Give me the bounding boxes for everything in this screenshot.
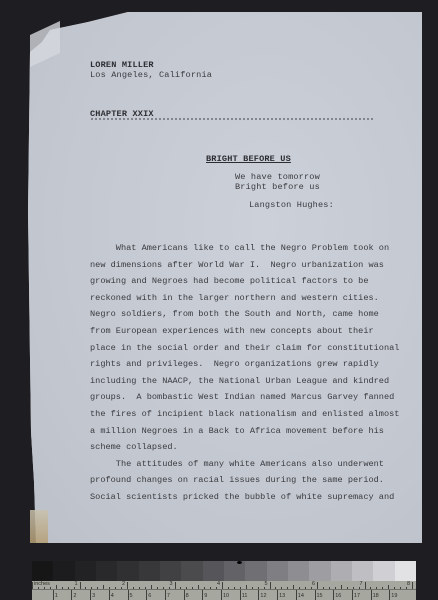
paper-stain: [30, 510, 48, 543]
inch-tick: [74, 587, 75, 589]
cm-label: 9: [204, 593, 207, 599]
inch-tick: [270, 582, 271, 589]
inch-tick: [299, 587, 300, 589]
inch-tick: [109, 587, 110, 589]
body-line: place in the social order and their clai…: [90, 340, 390, 357]
inch-tick: [127, 582, 128, 589]
inch-tick: [311, 587, 312, 589]
inch-label: 7: [360, 581, 363, 587]
inch-tick: [62, 587, 63, 589]
inch-label: 6: [312, 581, 315, 587]
inch-tick: [287, 587, 288, 589]
cm-tick: [90, 590, 91, 600]
inch-tick: [198, 585, 199, 589]
inch-tick: [264, 587, 265, 589]
ruler-unit-label: inches: [34, 581, 50, 587]
color-scale-target: inches 12345678 123456789101112131415161…: [32, 561, 416, 600]
cm-label: 15: [317, 593, 323, 599]
gray-patch: [352, 561, 373, 581]
body-line: profound changes on racial issues during…: [90, 472, 390, 489]
cm-label: 1: [55, 593, 58, 599]
gray-patch: [245, 561, 266, 581]
cm-tick: [184, 590, 185, 600]
inch-tick: [370, 587, 371, 589]
inch-tick: [169, 587, 170, 589]
inch-tick: [121, 587, 122, 589]
inch-tick: [335, 587, 336, 589]
inch-label: 1: [75, 581, 78, 587]
cm-tick: [371, 590, 372, 600]
inch-tick: [216, 587, 217, 589]
cm-label: 4: [111, 593, 114, 599]
cm-label: 10: [223, 593, 229, 599]
inch-tick: [317, 582, 318, 589]
inch-scale: inches 12345678: [32, 581, 416, 590]
inch-tick: [412, 582, 413, 589]
inch-tick: [97, 587, 98, 589]
scale-marker: [237, 561, 242, 564]
inch-tick: [68, 587, 69, 589]
inch-tick: [359, 587, 360, 589]
gray-patch: [53, 561, 74, 581]
gray-patch: [331, 561, 352, 581]
inch-tick: [80, 582, 81, 589]
inch-tick: [32, 582, 33, 589]
body-line: scheme collapsed.: [90, 439, 390, 456]
body-line: rights and privileges. Negro organizatio…: [90, 356, 390, 373]
cm-tick: [53, 590, 54, 600]
cm-tick: [277, 590, 278, 600]
body-line: Social scientists pricked the bubble of …: [90, 489, 390, 506]
inch-label: 3: [170, 581, 173, 587]
gray-patch: [288, 561, 309, 581]
epigraph-line-2: Bright before us: [235, 182, 320, 193]
cm-label: 16: [335, 593, 341, 599]
cm-tick: [221, 590, 222, 600]
inch-tick: [103, 585, 104, 589]
inch-tick: [151, 585, 152, 589]
inch-tick: [281, 587, 282, 589]
inch-tick: [252, 587, 253, 589]
cm-tick: [315, 590, 316, 600]
inch-tick: [210, 587, 211, 589]
cm-tick: [240, 590, 241, 600]
cm-tick: [258, 590, 259, 600]
cm-tick: [165, 590, 166, 600]
cm-label: 13: [279, 593, 285, 599]
body-line: reckoned with in the larger northern and…: [90, 290, 390, 307]
inch-tick: [56, 585, 57, 589]
gray-patch: [395, 561, 416, 581]
inch-tick: [192, 587, 193, 589]
cm-label: 3: [92, 593, 95, 599]
inch-tick: [394, 587, 395, 589]
inch-tick: [85, 587, 86, 589]
inch-tick: [365, 582, 366, 589]
inch-label: 5: [265, 581, 268, 587]
gray-patch: [267, 561, 288, 581]
cm-tick: [333, 590, 334, 600]
cm-label: 14: [298, 593, 304, 599]
inch-tick: [329, 587, 330, 589]
inch-tick: [382, 587, 383, 589]
inch-tick: [38, 587, 39, 589]
inch-tick: [145, 587, 146, 589]
inch-tick: [406, 587, 407, 589]
inch-tick: [246, 585, 247, 589]
gray-patch: [309, 561, 330, 581]
gray-patch: [373, 561, 394, 581]
body-line: groups. A bombastic West Indian named Ma…: [90, 389, 390, 406]
inch-tick: [234, 587, 235, 589]
body-line: growing and Negroes had become political…: [90, 273, 390, 290]
chapter-title: BRIGHT BEFORE US: [206, 154, 291, 165]
inch-tick: [44, 587, 45, 589]
inch-tick: [115, 587, 116, 589]
inch-tick: [400, 587, 401, 589]
gray-patch: [224, 561, 245, 581]
body-line: the fires of incipient black nationalism…: [90, 406, 390, 423]
gray-patch: [96, 561, 117, 581]
cm-label: 12: [260, 593, 266, 599]
inch-label: 8: [407, 581, 410, 587]
inch-tick: [175, 582, 176, 589]
inch-tick: [347, 587, 348, 589]
body-line: from European experiences with new conce…: [90, 323, 390, 340]
body-line: a million Negroes in a Back to Africa mo…: [90, 423, 390, 440]
inch-tick: [341, 585, 342, 589]
inch-tick: [222, 582, 223, 589]
grayscale-strip: [32, 561, 416, 581]
inch-tick: [180, 587, 181, 589]
inch-tick: [204, 587, 205, 589]
cm-tick: [352, 590, 353, 600]
inch-tick: [293, 585, 294, 589]
dotted-rule: [90, 118, 375, 120]
gray-patch: [181, 561, 202, 581]
gray-patch: [160, 561, 181, 581]
inch-label: 4: [217, 581, 220, 587]
gray-patch: [117, 561, 138, 581]
inch-tick: [275, 587, 276, 589]
epigraph-attribution: Langston Hughes:: [249, 200, 334, 211]
inch-tick: [376, 587, 377, 589]
body-line: What Americans like to call the Negro Pr…: [90, 240, 390, 257]
body-line: The attitudes of many white Americans al…: [90, 456, 390, 473]
cm-label: 11: [242, 593, 248, 599]
cm-label: 17: [354, 593, 360, 599]
inch-tick: [139, 587, 140, 589]
measurement-ruler: inches 12345678 123456789101112131415161…: [32, 581, 416, 600]
body-text: What Americans like to call the Negro Pr…: [90, 240, 390, 506]
inch-tick: [91, 587, 92, 589]
cm-scale: 12345678910111213141516171819: [32, 590, 416, 600]
cm-label: 5: [130, 593, 133, 599]
inch-tick: [163, 587, 164, 589]
inch-tick: [388, 585, 389, 589]
inch-tick: [228, 587, 229, 589]
gray-patch: [75, 561, 96, 581]
body-line: new dimensions after World War I. Negro …: [90, 257, 390, 274]
cm-label: 8: [186, 593, 189, 599]
cm-tick: [128, 590, 129, 600]
inch-tick: [258, 587, 259, 589]
cm-tick: [202, 590, 203, 600]
author-location: Los Angeles, California: [90, 70, 212, 81]
gray-patch: [32, 561, 53, 581]
cm-tick: [389, 590, 390, 600]
inch-tick: [305, 587, 306, 589]
inch-tick: [157, 587, 158, 589]
cm-label: 18: [373, 593, 379, 599]
cm-label: 6: [148, 593, 151, 599]
body-line: including the NAACP, the National Urban …: [90, 373, 390, 390]
inch-tick: [133, 587, 134, 589]
inch-tick: [240, 587, 241, 589]
inch-tick: [323, 587, 324, 589]
inch-tick: [186, 587, 187, 589]
cm-tick: [109, 590, 110, 600]
cm-label: 19: [391, 593, 397, 599]
cm-tick: [146, 590, 147, 600]
cm-tick: [71, 590, 72, 600]
gray-patch: [139, 561, 160, 581]
inch-tick: [353, 587, 354, 589]
cm-tick: [296, 590, 297, 600]
inch-tick: [50, 587, 51, 589]
cm-label: 2: [73, 593, 76, 599]
body-line: Negro soldiers, from both the South and …: [90, 306, 390, 323]
gray-patch: [203, 561, 224, 581]
cm-label: 7: [167, 593, 170, 599]
inch-label: 2: [122, 581, 125, 587]
